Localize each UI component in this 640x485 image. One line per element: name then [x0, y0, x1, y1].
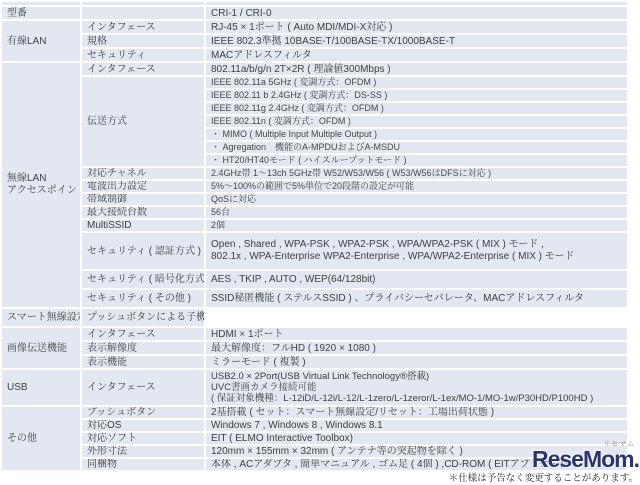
- row-security-other: セキュリティ ( その他 ) SSID秘匿機能 ( ステルスSSID ) 、プラ…: [2, 290, 627, 307]
- row-wired-security: セキュリティ MACアドレスフィルタ: [2, 49, 627, 61]
- spec-value: 56台: [206, 207, 627, 218]
- spec-label: インタフェース: [82, 370, 204, 405]
- table-top-filler: [2, 2, 627, 5]
- spec-value: 5%～100%の範囲で5%単位で20段階の設定が可能: [206, 181, 627, 192]
- resemom-watermark-logo: リセマム ReseMom.: [532, 441, 639, 472]
- filler-cell: [2, 2, 80, 5]
- spec-label: インタフェース: [82, 328, 204, 340]
- spec-value: プッシュボタンによる子機接続用『スマート無線設定』に対応 PINコード , 外部…: [82, 309, 204, 326]
- spec-label: 規格: [82, 35, 204, 47]
- spec-label-transmission: 伝送方式: [82, 77, 204, 166]
- spec-label: セキュリティ ( 暗号化方式 ): [82, 271, 204, 288]
- spec-label: 同梱物: [82, 459, 204, 470]
- row-smart-wireless: スマート無線設定 プッシュボタンによる子機接続用『スマート無線設定』に対応 PI…: [2, 309, 627, 326]
- row-max-clients: 最大接続台数 56台: [2, 207, 627, 218]
- row-video-interface: 画像伝送機能 インタフェース HDMI × 1ポート: [2, 328, 627, 340]
- row-supported-os: 対応OS Windows 7 , Windows 8 , Windows 8.1: [2, 420, 627, 431]
- row-channels: 対応チャネル 2.4GHz帯 1～13ch 5GHz帯 W52/W53/W56 …: [2, 168, 627, 179]
- filler-cell: [206, 2, 627, 5]
- group-label-model: 型番: [2, 7, 80, 19]
- spec-label: セキュリティ: [82, 49, 204, 61]
- spec-value: 2個: [206, 220, 627, 231]
- spec-value: USB2.0 × 2Port(USB Virtual Link Technolo…: [206, 370, 627, 405]
- spec-label: セキュリティ ( 認証方式 ): [82, 233, 204, 269]
- group-label-video: 画像伝送機能: [2, 328, 80, 368]
- spec-label: 対応ソフト: [82, 433, 204, 444]
- spec-table: 型番 CRI-1 / CRI-0 有線LAN インタフェース RJ-45 × 1…: [0, 0, 629, 472]
- spec-value: 2基搭載 ( セット：スマート無線設定/リセット：工場出荷状態 ): [206, 407, 627, 418]
- spec-label: 表示解像度: [82, 342, 204, 354]
- row-push-button: その他 プッシュボタン 2基搭載 ( セット：スマート無線設定/リセット：工場出…: [2, 407, 627, 418]
- spec-label: 対応OS: [82, 420, 204, 431]
- spec-label: 対応チャネル: [82, 168, 204, 179]
- row-video-resolution: 表示解像度 最大解像度：フルHD ( 1920 × 1080 ): [2, 342, 627, 354]
- usb-line: USB2.0 × 2Port(USB Virtual Link Technolo…: [211, 371, 624, 382]
- row-usb-interface: USB インタフェース USB2.0 × 2Port(USB Virtual L…: [2, 370, 627, 405]
- group-label-line: 無線LAN: [7, 173, 77, 185]
- spec-value: 2.4GHz帯 1～13ch 5GHz帯 W52/W53/W56 ( W53/W…: [206, 168, 627, 179]
- usb-line: UVC書画カメラ接続可能: [211, 382, 624, 393]
- spec-value: SSID秘匿機能 ( ステルスSSID ) 、プライバシーセパレータ、MACアド…: [206, 290, 627, 307]
- empty-cell: [82, 7, 204, 19]
- spec-value: IEEE 802.11a 5GHz ( 変調方式：OFDM ): [206, 77, 627, 88]
- spec-value: 最大解像度：フルHD ( 1920 × 1080 ): [206, 342, 627, 354]
- row-tx-power: 電波出力設定 5%～100%の範囲で5%単位で20段階の設定が可能: [2, 181, 627, 192]
- spec-disclaimer-note: ＊仕様は予告なく変更することがあります。: [449, 470, 638, 484]
- spec-label: 電波出力設定: [82, 181, 204, 192]
- spec-value: 802.11a/b/g/n 2T×2R ( 理論値300Mbps ): [206, 63, 627, 75]
- spec-value: ・ MIMO ( Multiple Input Multiple Output …: [206, 129, 627, 140]
- group-label-usb: USB: [2, 370, 80, 405]
- spec-value: IEEE 802.11 b 2.4GHz ( 変調方式：DS-SS ): [206, 90, 627, 101]
- security-auth-line: Open , Shared , WPA-PSK , WPA2-PSK , WPA…: [211, 239, 624, 251]
- row-transmission-line: 伝送方式 IEEE 802.11a 5GHz ( 変調方式：OFDM ): [2, 77, 627, 88]
- spec-value: RJ-45 × 1ポート ( Auto MDI/MDI-X対応 ): [206, 21, 627, 33]
- spec-value: AES , TKIP , AUTO , WEP(64/128bit): [206, 271, 627, 288]
- row-video-function: 表示機能 ミラーモード ( 複製 ): [2, 356, 627, 368]
- spec-label: 外形寸法: [82, 446, 204, 457]
- row-model: 型番 CRI-1 / CRI-0: [2, 7, 627, 19]
- spec-value: HDMI × 1ポート: [206, 328, 627, 340]
- filler-cell: [82, 2, 204, 5]
- spec-label: MultiSSID: [82, 220, 204, 231]
- spec-label: インタフェース: [82, 21, 204, 33]
- watermark-logo-text: ReseMom.: [532, 446, 639, 472]
- row-security-cipher: セキュリティ ( 暗号化方式 ) AES , TKIP , AUTO , WEP…: [2, 271, 627, 288]
- row-multi-ssid: MultiSSID 2個: [2, 220, 627, 231]
- usb-line: ( 保証対象機種：L-12iD/L-12i/L-12/L-1zero/L-1ze…: [211, 393, 624, 404]
- spec-value: ・ HT20/HT40モード ( ハイスループットモード ): [206, 155, 627, 166]
- group-label-line: アクセスポイント: [7, 185, 77, 197]
- spec-sheet-page: 型番 CRI-1 / CRI-0 有線LAN インタフェース RJ-45 × 1…: [0, 0, 640, 485]
- spec-value: IEEE 802.11n ( 変調方式：OFDM ): [206, 116, 627, 127]
- group-label-others: その他: [2, 407, 80, 470]
- security-auth-line: 802.1x , WPA-Enterprise WPA2-Enterprise …: [211, 251, 624, 263]
- group-label-wireless-lan: 無線LAN アクセスポイント: [2, 63, 80, 307]
- spec-label: 最大接続台数: [82, 207, 204, 218]
- spec-value: Windows 7 , Windows 8 , Windows 8.1: [206, 420, 627, 431]
- row-qos: 帯域制御 QoSに対応: [2, 194, 627, 205]
- spec-value: MACアドレスフィルタ: [206, 49, 627, 61]
- spec-value: IEEE 802.11g 2.4GHz ( 変調方式：OFDM ): [206, 103, 627, 114]
- spec-label: セキュリティ ( その他 ): [82, 290, 204, 307]
- spec-value: ・ Agregation 機能のA-MPDUおよびA-MSDU: [206, 142, 627, 153]
- group-label-wired-lan: 有線LAN: [2, 21, 80, 61]
- row-wired-standard: 規格 IEEE 802.3準拠 10BASE-T/100BASE-TX/1000…: [2, 35, 627, 47]
- spec-label: プッシュボタン: [82, 407, 204, 418]
- spec-label: インタフェース: [82, 63, 204, 75]
- row-security-auth: セキュリティ ( 認証方式 ) Open , Shared , WPA-PSK …: [2, 233, 627, 269]
- model-value: CRI-1 / CRI-0: [206, 7, 627, 19]
- spec-value: ミラーモード ( 複製 ): [206, 356, 627, 368]
- spec-label: 表示機能: [82, 356, 204, 368]
- row-wlan-interface: 無線LAN アクセスポイント インタフェース 802.11a/b/g/n 2T×…: [2, 63, 627, 75]
- spec-label: 帯域制御: [82, 194, 204, 205]
- spec-label: スマート無線設定: [2, 309, 80, 326]
- spec-value: QoSに対応: [206, 194, 627, 205]
- row-wired-interface: 有線LAN インタフェース RJ-45 × 1ポート ( Auto MDI/MD…: [2, 21, 627, 33]
- spec-value: IEEE 802.3準拠 10BASE-T/100BASE-TX/1000BAS…: [206, 35, 627, 47]
- spec-value: Open , Shared , WPA-PSK , WPA2-PSK , WPA…: [206, 233, 627, 269]
